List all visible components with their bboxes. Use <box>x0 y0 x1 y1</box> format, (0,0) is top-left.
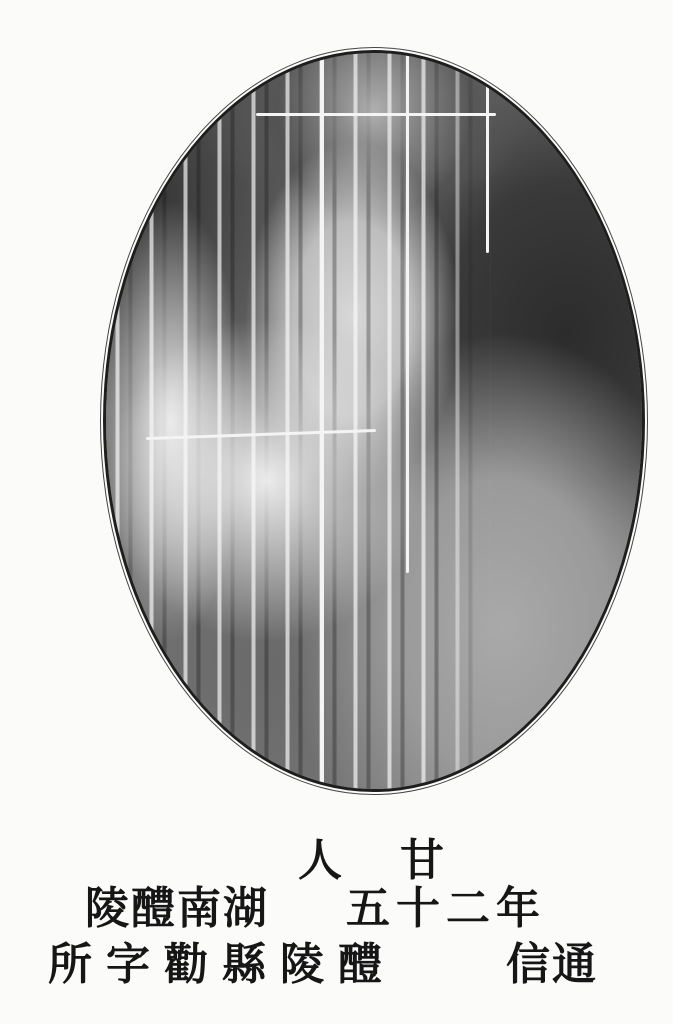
photo-crack <box>486 53 489 253</box>
caption-3-left: 所字勸縣陵醴 <box>48 940 396 990</box>
caption-3-right: 信通 <box>506 940 598 990</box>
caption-2-left: 陵醴南湖 <box>85 884 269 934</box>
caption-1-right: 甘 <box>400 836 444 886</box>
portrait-photo <box>103 50 645 792</box>
photo-crack <box>256 113 496 116</box>
photo-crack <box>320 53 324 792</box>
photo-crack <box>406 53 409 573</box>
caption-2-right: 五十二年 <box>346 884 546 934</box>
caption-1-left: 人 <box>298 836 342 886</box>
photo-faded-areas <box>106 53 642 789</box>
